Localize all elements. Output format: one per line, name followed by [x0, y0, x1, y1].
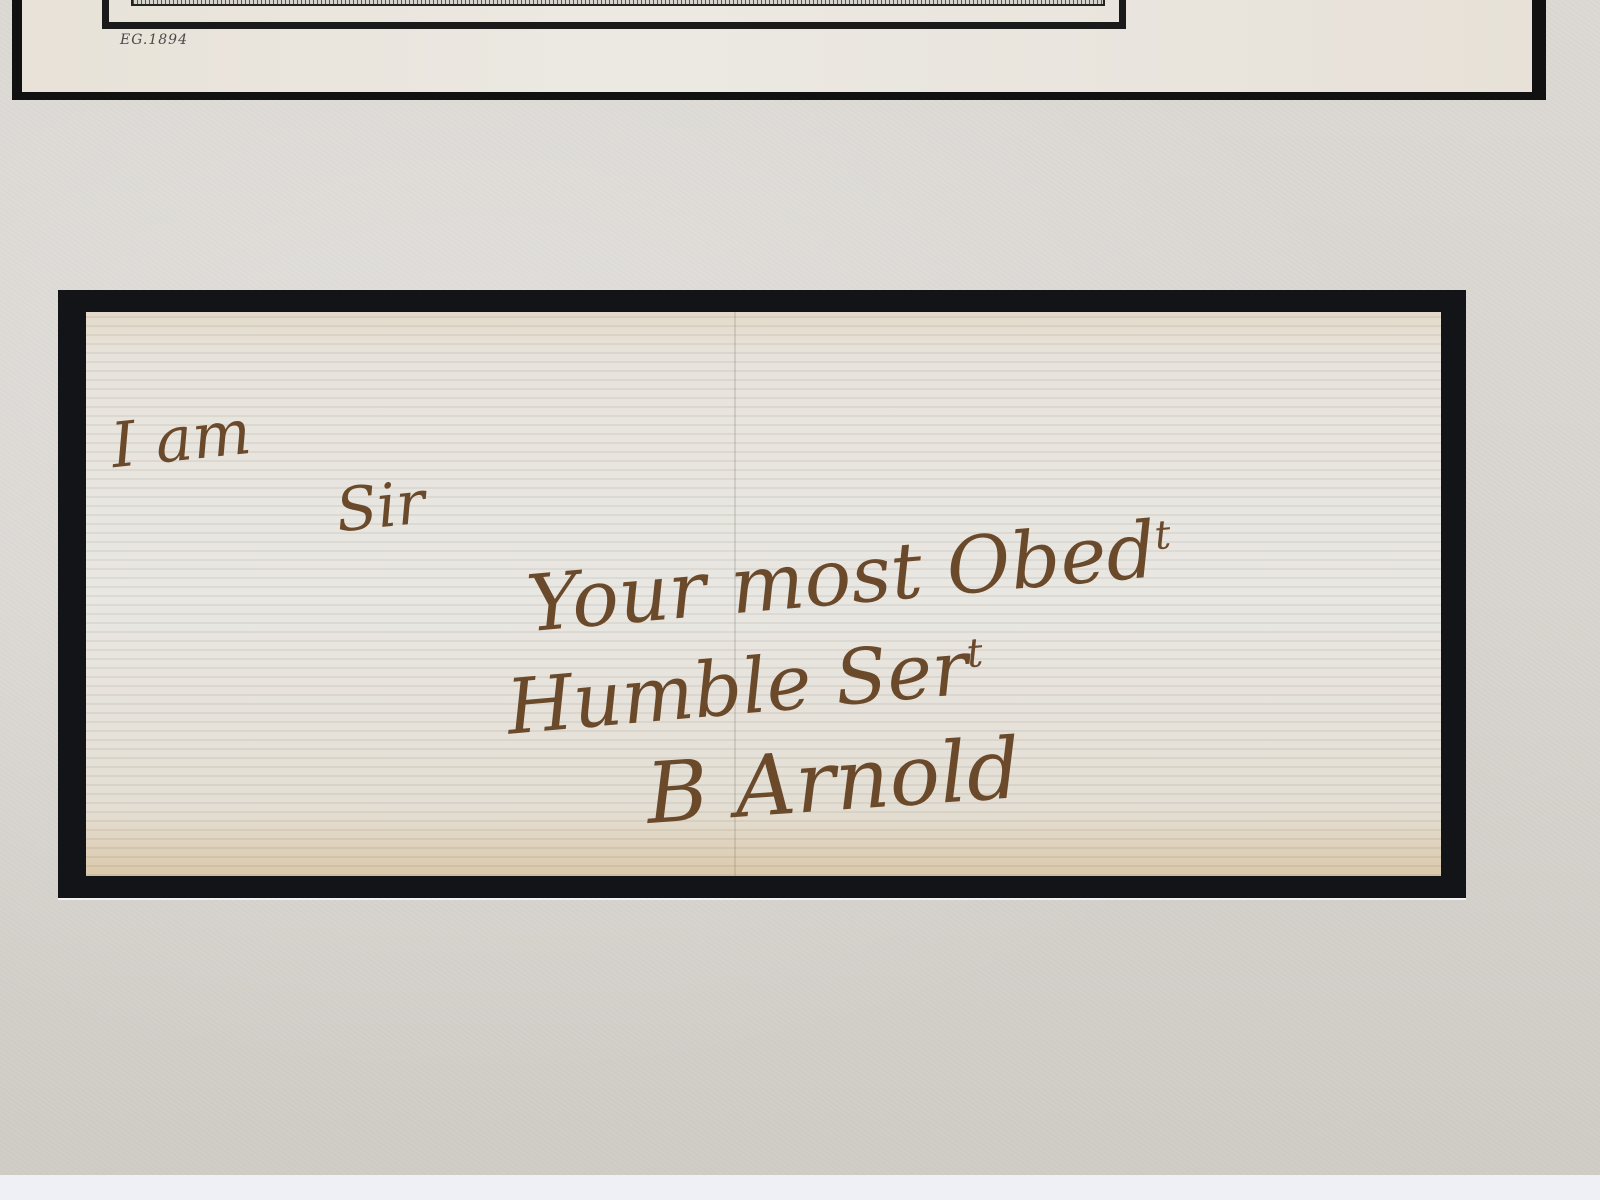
engraver-mark: EG.1894 — [120, 32, 188, 48]
obedient-superscript: t — [1153, 512, 1173, 559]
signature-b-arnold: B Arnold — [643, 719, 1023, 843]
obedient-text: Your most Obed — [523, 505, 1159, 650]
engraving-paper: EG.1894 — [22, 0, 1532, 92]
servant-superscript: t — [965, 630, 985, 677]
engraving-window: EG.1894 — [12, 0, 1546, 100]
closing-line-sir: Sir — [333, 468, 429, 547]
engraving-frame — [102, 0, 1126, 29]
mat-bottom-edge — [0, 1175, 1600, 1200]
closing-line-i-am: I am — [108, 395, 255, 482]
signature-window: I am Sir Your most Obedt Humble Sert B A… — [58, 290, 1466, 898]
signature-paper: I am Sir Your most Obedt Humble Sert B A… — [86, 312, 1441, 876]
engraving-hatching — [131, 0, 1105, 6]
closing-line-obedient: Your most Obedt — [523, 504, 1176, 650]
